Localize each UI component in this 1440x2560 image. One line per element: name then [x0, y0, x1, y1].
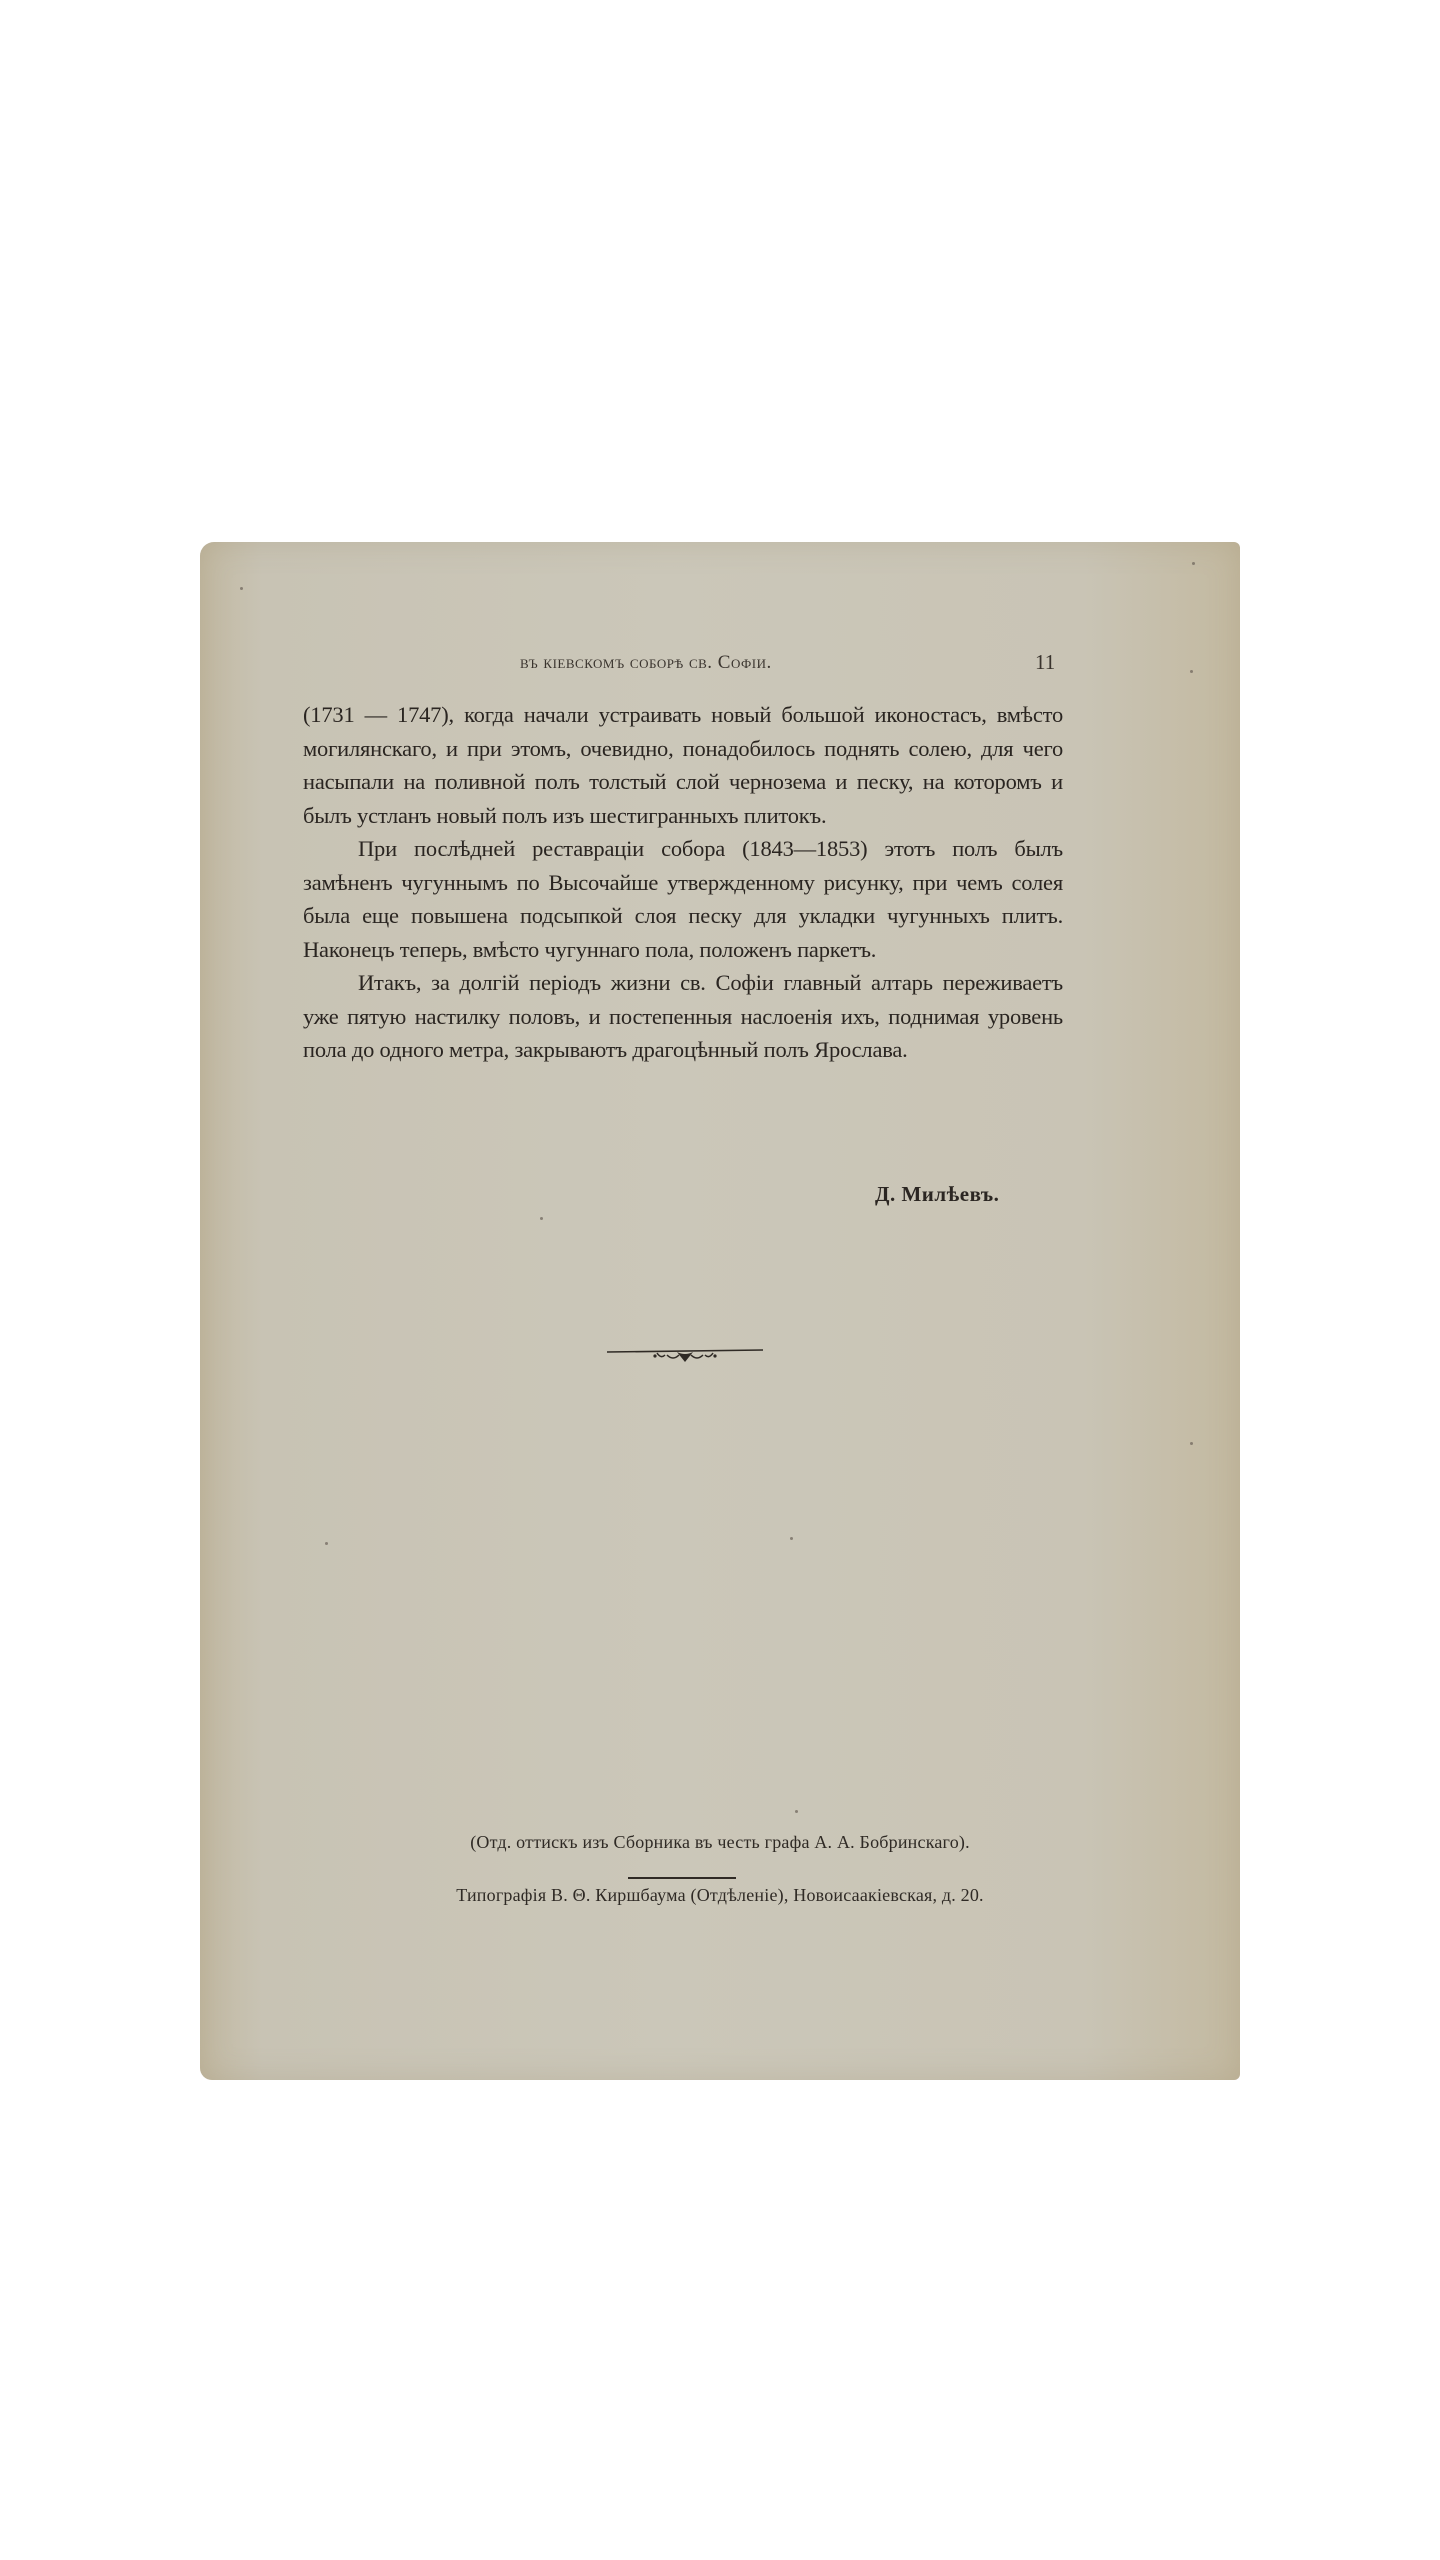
author-signature: Д. Милѣевъ.	[875, 1182, 999, 1207]
paper-speck	[540, 1217, 543, 1220]
paragraph-1: (1731 — 1747), когда начали устраивать н…	[303, 698, 1063, 832]
paper-speck	[1192, 562, 1195, 565]
tailpiece-ornament-icon	[605, 1342, 765, 1372]
paper-speck	[325, 1542, 328, 1545]
paper-speck	[790, 1537, 793, 1540]
scanned-page: въ кіевскомъ соборѣ св. Софіи. 11 (1731 …	[200, 542, 1240, 2080]
running-head: въ кіевскомъ соборѣ св. Софіи. 11	[200, 652, 1240, 682]
offprint-note: (Отд. оттискъ изъ Сборника въ честь граф…	[200, 1832, 1240, 1853]
paper-speck	[1190, 670, 1193, 673]
paper-speck	[795, 1810, 798, 1813]
paragraph-3: Итакъ, за долгій періодъ жизни св. Софіи…	[303, 966, 1063, 1067]
page-number: 11	[1035, 650, 1055, 675]
printer-imprint: Типографія В. Θ. Киршбаума (Отдѣленіе), …	[200, 1885, 1240, 1906]
running-head-title: въ кіевскомъ соборѣ св. Софіи.	[520, 652, 772, 674]
paper-speck	[240, 587, 243, 590]
paper-speck	[1190, 1442, 1193, 1445]
paragraph-2: При послѣдней реставраціи собора (1843—1…	[303, 832, 1063, 966]
body-text: (1731 — 1747), когда начали устраивать н…	[303, 698, 1063, 1067]
footer-divider	[628, 1877, 736, 1879]
